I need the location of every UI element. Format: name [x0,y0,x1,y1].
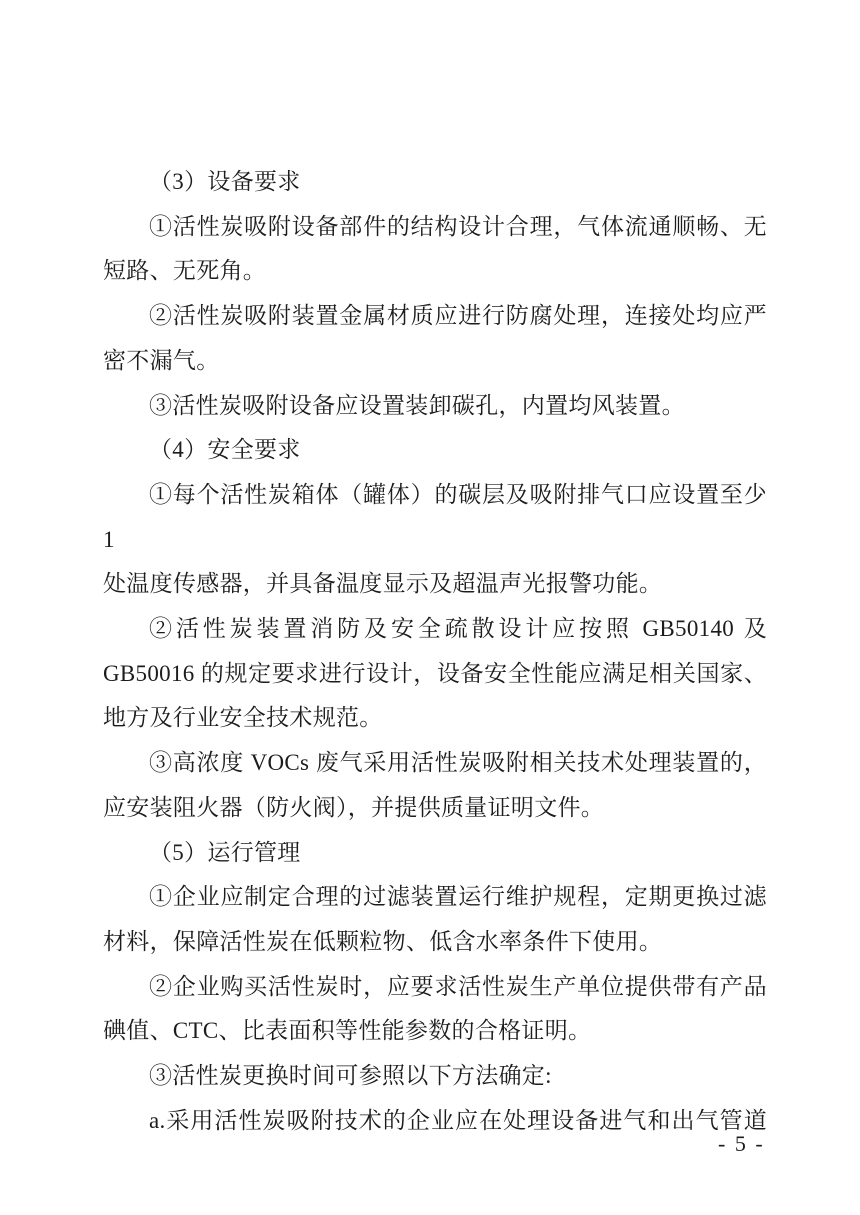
text-line: 短路、无死角。 [103,249,767,294]
text-line: ①活性炭吸附设备部件的结构设计合理，气体流通顺畅、无 [103,205,767,250]
text-line: ③高浓度 VOCs 废气采用活性炭吸附相关技术处理装置的， [103,741,767,786]
text-line: （5）运行管理 [103,831,767,876]
page-number: - 5 - [718,1130,778,1158]
text-line: 应安装阻火器（防火阀），并提供质量证明文件。 [103,786,767,831]
text-line: 材料，保障活性炭在低颗粒物、低含水率条件下使用。 [103,920,767,965]
text-line: 密不漏气。 [103,339,767,384]
text-line: ①企业应制定合理的过滤装置运行维护规程，定期更换过滤 [103,875,767,920]
text-line: ②活性炭装置消防及安全疏散设计应按照 GB50140 及 [103,607,767,652]
text-line: 地方及行业安全技术规范。 [103,696,767,741]
text-line: ③活性炭更换时间可参照以下方法确定: [103,1054,767,1099]
text-line: （4）安全要求 [103,428,767,473]
text-line: 碘值、CTC、比表面积等性能参数的合格证明。 [103,1009,767,1054]
text-line: ②活性炭吸附装置金属材质应进行防腐处理，连接处均应严 [103,294,767,339]
document-page: （3）设备要求①活性炭吸附设备部件的结构设计合理，气体流通顺畅、无短路、无死角。… [0,0,860,1215]
text-line: GB50016 的规定要求进行设计，设备安全性能应满足相关国家、 [103,652,767,697]
text-line: ②企业购买活性炭时，应要求活性炭生产单位提供带有产品 [103,965,767,1010]
text-line: a.采用活性炭吸附技术的企业应在处理设备进气和出气管道 [103,1099,767,1144]
text-line: （3）设备要求 [103,160,767,205]
text-line: ①每个活性炭箱体（罐体）的碳层及吸附排气口应设置至少 1 [103,473,767,562]
text-line: ③活性炭吸附设备应设置装卸碳孔，内置均风装置。 [103,384,767,429]
document-body: （3）设备要求①活性炭吸附设备部件的结构设计合理，气体流通顺畅、无短路、无死角。… [103,160,767,1143]
text-line: 处温度传感器，并具备温度显示及超温声光报警功能。 [103,562,767,607]
